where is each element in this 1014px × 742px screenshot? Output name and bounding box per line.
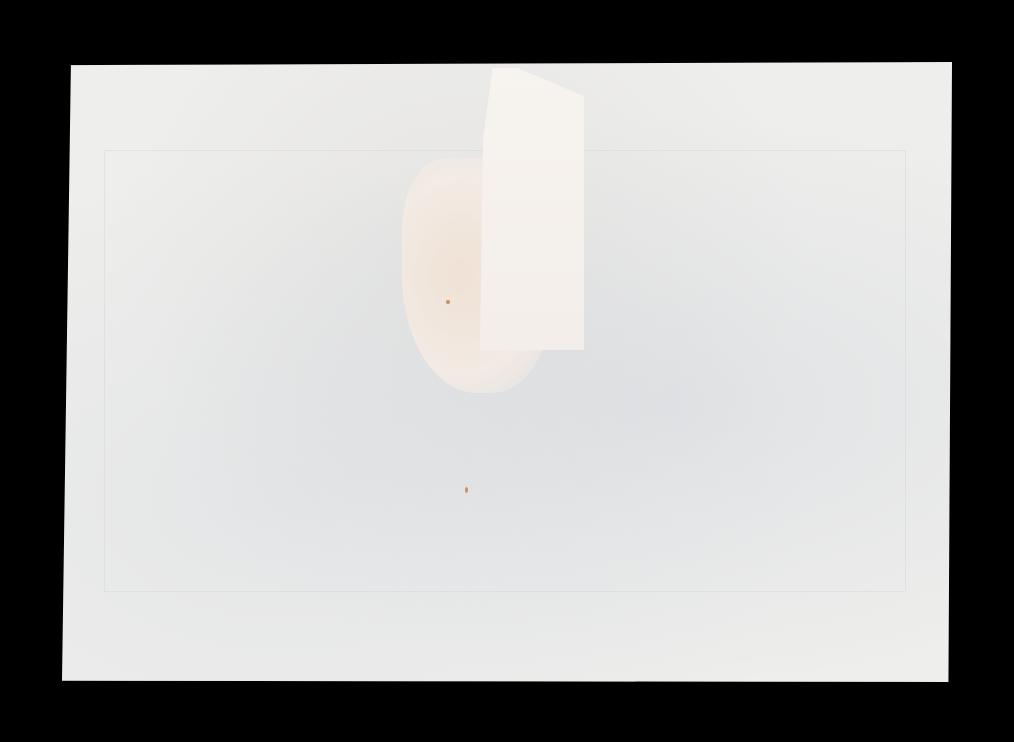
stamp-hinge (480, 68, 584, 350)
rust-spot (465, 487, 468, 493)
rust-spot (446, 300, 450, 304)
